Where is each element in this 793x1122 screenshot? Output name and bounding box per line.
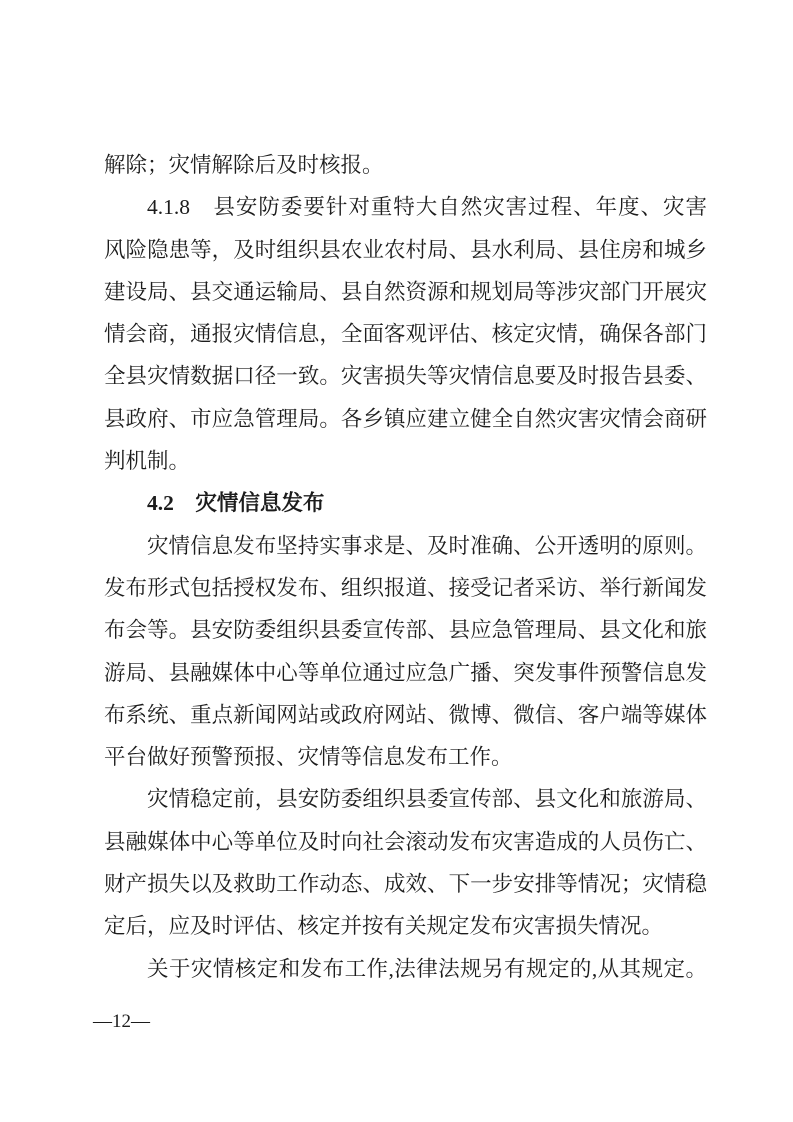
text-line: 关于灾情核定和发布工作,法律法规另有规定的,从其规定。 xyxy=(104,948,707,990)
document-body: 解除；灾情解除后及时核报。4.1.8 县安防委要针对重特大自然灾害过程、年度、灾… xyxy=(104,144,707,990)
section-heading: 4.2 灾情信息发布 xyxy=(104,482,707,524)
text-line: 判机制。 xyxy=(104,440,707,482)
text-line: 布会等。县安防委组织县委宣传部、县应急管理局、县文化和旅 xyxy=(104,609,707,651)
text-line: 定后，应及时评估、核定并按有关规定发布灾害损失情况。 xyxy=(104,905,707,947)
text-line: 建设局、县交通运输局、县自然资源和规划局等涉灾部门开展灾 xyxy=(104,271,707,313)
text-line: 财产损失以及救助工作动态、成效、下一步安排等情况；灾情稳 xyxy=(104,863,707,905)
page-number: —12— xyxy=(93,1008,150,1036)
text-line: 县政府、市应急管理局。各乡镇应建立健全自然灾害灾情会商研 xyxy=(104,398,707,440)
text-line: 县融媒体中心等单位及时向社会滚动发布灾害造成的人员伤亡、 xyxy=(104,821,707,863)
text-line: 灾情稳定前，县安防委组织县委宣传部、县文化和旅游局、 xyxy=(104,778,707,820)
text-line: 平台做好预警预报、灾情等信息发布工作。 xyxy=(104,736,707,778)
text-line: 游局、县融媒体中心等单位通过应急广播、突发事件预警信息发 xyxy=(104,652,707,694)
text-line: 情会商，通报灾情信息，全面客观评估、核定灾情，确保各部门 xyxy=(104,313,707,355)
text-line: 解除；灾情解除后及时核报。 xyxy=(104,144,707,186)
text-line: 全县灾情数据口径一致。灾害损失等灾情信息要及时报告县委、 xyxy=(104,355,707,397)
text-line: 布系统、重点新闻网站或政府网站、微博、微信、客户端等媒体 xyxy=(104,694,707,736)
document-page: 解除；灾情解除后及时核报。4.1.8 县安防委要针对重特大自然灾害过程、年度、灾… xyxy=(0,0,793,1122)
text-line: 4.1.8 县安防委要针对重特大自然灾害过程、年度、灾害 xyxy=(104,186,707,228)
text-line: 风险隐患等，及时组织县农业农村局、县水利局、县住房和城乡 xyxy=(104,229,707,271)
text-line: 发布形式包括授权发布、组织报道、接受记者采访、举行新闻发 xyxy=(104,567,707,609)
text-line: 灾情信息发布坚持实事求是、及时准确、公开透明的原则。 xyxy=(104,525,707,567)
